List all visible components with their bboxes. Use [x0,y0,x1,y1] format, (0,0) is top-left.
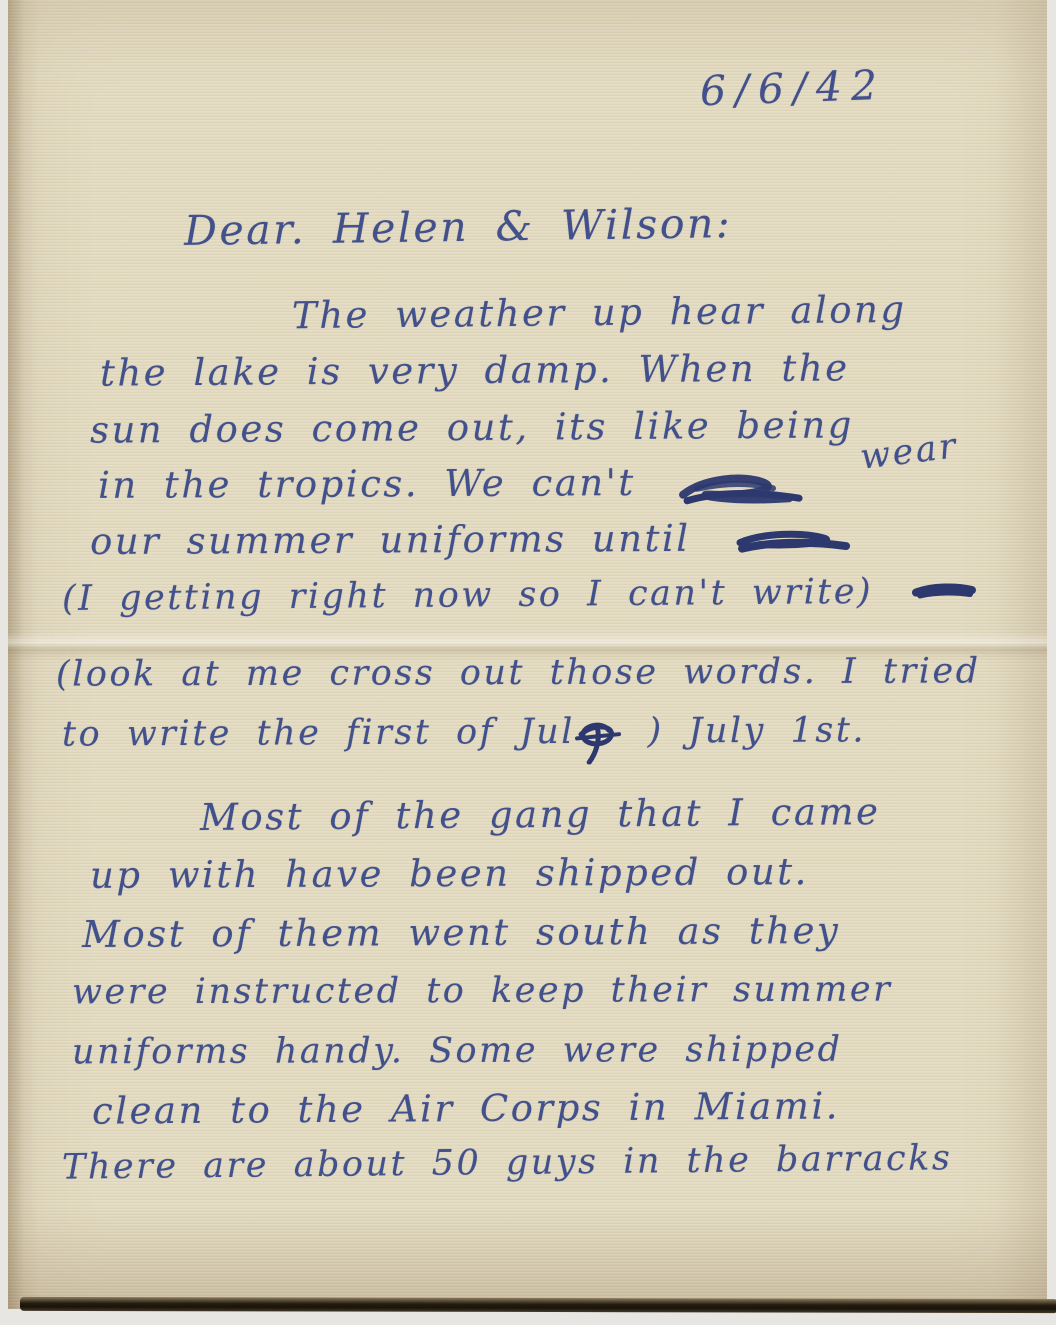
letter-line-p2-2: up with have been shipped out. [90,850,809,897]
letter-line-p1-1: The weather up hear along [292,288,907,337]
letter-line-p2-4: were instructed to keep their summer [72,970,892,1013]
crossout-scribble-icon [734,528,852,559]
letter-line-p2-3: Most of them went south as they [82,909,841,956]
letter-line-text: our summer uniforms until [90,517,691,563]
letter-line-p2-5: uniforms handy. Some were shipped [72,1030,843,1073]
letter-line-p1-3: sun does come out, its like being [90,403,854,451]
inserted-word-wear: wear [858,426,960,478]
crossout-dash-scribble-icon [912,582,976,601]
letter-line-text: in the tropics. We can't [98,461,636,507]
letter-line-p1-2: the lake is very damp. When the [100,346,850,394]
letter-line-p2-6: clean to the Air Corps in Miami. [92,1084,840,1132]
paper-bottom-edge-shadow [20,1297,1056,1313]
letter-line-p2-1: Most of the gang that I came [200,790,881,839]
letter-line-p1-4: in the tropics. We can't [98,460,807,509]
letter-line-p1-5: our summer uniforms until [90,516,852,563]
letter-line-p1-8: to write the first of Jul ) July 1st. [62,709,866,759]
letter-line-text: (I getting right now so I can't write) [62,572,873,619]
scanned-letter: 6/6/42 Dear. Helen & Wilson: The weather… [0,0,1056,1325]
letter-line-text: ) July 1st. [647,710,866,751]
letter-line-p1-6: (I getting right now so I can't write) [62,571,976,619]
letter-line-p2-7: There are about 50 guys in the barracks [62,1138,953,1187]
letter-line-p1-7: (look at me cross out those words. I tri… [56,651,981,694]
letter-date: 6/6/42 [699,61,887,115]
crossout-scribble-icon [677,470,807,513]
salutation: Dear. Helen & Wilson: [184,199,733,255]
letter-line-text: to write the first of Jul [62,712,575,755]
letter-paper: 6/6/42 Dear. Helen & Wilson: The weather… [8,0,1047,1309]
crossout-letter-scribble-icon [571,718,623,764]
